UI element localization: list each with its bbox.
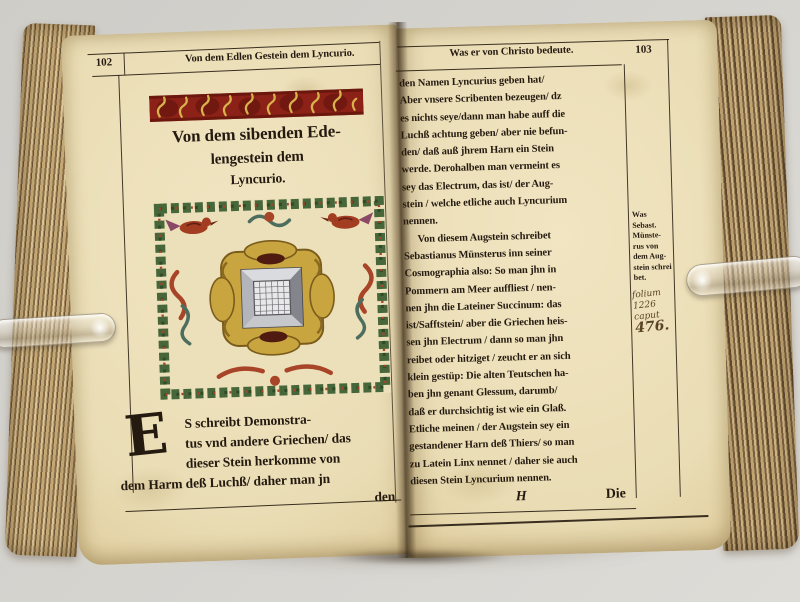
right-page: Was er von Christo bedeute. 103 den Name…: [395, 20, 732, 559]
chapter-title-line: Lyncurio.: [136, 167, 380, 192]
left-page-number: 102: [96, 56, 113, 69]
left-body-paragraph: E S schreibt Demonstra- tus vnd andere G…: [118, 406, 401, 516]
right-page-number: 103: [635, 43, 652, 55]
photograph-of-open-antique-book: 102 Von dem Edlen Gestein dem Lyncurio.: [0, 0, 800, 602]
chapter-title-line: Von dem sibenden Ede-: [134, 120, 379, 149]
catchword: Die: [606, 486, 626, 503]
signature-row: H Die: [408, 486, 634, 510]
left-header-rule: [92, 64, 380, 77]
gathering-signature: H: [516, 489, 527, 505]
square-gem: [241, 268, 303, 328]
bottom-gutter-shadow: [330, 549, 510, 565]
printed-margin-note: Was Sebast. Münste- rus von dem Aug- ste…: [632, 209, 676, 284]
red-ornament-band: [149, 88, 364, 123]
margin-note-line: stein schrei: [633, 261, 675, 273]
left-page: 102 Von dem Edlen Gestein dem Lyncurio.: [61, 24, 415, 565]
handwritten-margin-annotation: folium 1226 caput 476.: [632, 286, 682, 334]
right-text-column: den Namen Lyncurius geben hat/ Aber vnse…: [399, 69, 635, 490]
woodcut-illustration-gem-cartouche: [153, 195, 392, 401]
left-header-tick: [123, 53, 125, 75]
drop-cap-initial: E: [122, 405, 170, 465]
right-bottom-rule-long: [409, 515, 709, 527]
margin-note-line: bet.: [634, 272, 676, 284]
